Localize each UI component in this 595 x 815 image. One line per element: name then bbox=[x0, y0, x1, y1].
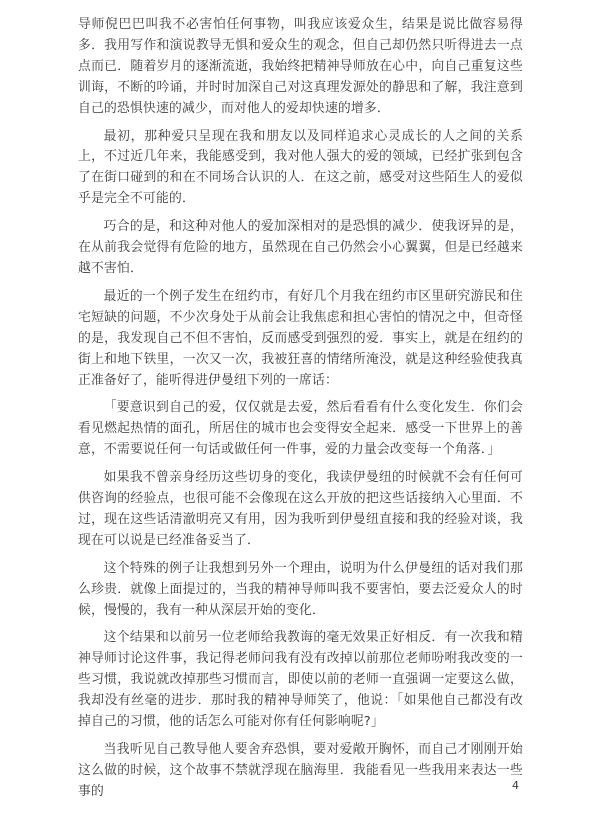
page-number: 4 bbox=[512, 779, 519, 792]
paragraph: 这个结果和以前另一位老师给我教诲的毫无效果正好相反．有一次我和精神导师讨论这件事… bbox=[78, 628, 523, 733]
paragraph: 最初，那种爱只呈现在我和朋友以及同样追求心灵成长的人之间的关系上，不过近几年来，… bbox=[78, 127, 523, 211]
paragraph: 巧合的是，和这种对他人的爱加深相对的是恐惧的减少．使我讶异的是，在从前我会觉得有… bbox=[78, 217, 523, 280]
paragraph: 最近的一个例子发生在纽约市，有好几个月我在纽约市区里研究游民和住宅短缺的问题，不… bbox=[78, 287, 523, 392]
paragraph: 如果我不曾亲身经历这些切身的变化，我读伊曼纽的时候就不会有任何可供咨询的经验点，… bbox=[78, 468, 523, 552]
quote-paragraph: 「要意识到自己的爱，仅仅就是去爱，然后看看有什么变化发生．你们会看见燃起热情的面… bbox=[78, 398, 523, 461]
document-page: 导师倪巴巴叫我不必害怕任何事物，叫我应该爱众生，结果是说比做容易得多．我用写作和… bbox=[0, 0, 595, 815]
paragraph: 这个特殊的例子让我想到另外一个理由，说明为什么伊曼纽的话对我们那么珍贵．就像上面… bbox=[78, 559, 523, 622]
paragraph: 导师倪巴巴叫我不必害怕任何事物，叫我应该爱众生，结果是说比做容易得多．我用写作和… bbox=[78, 15, 523, 120]
paragraph: 当我听见自己教导他人要舍弃恐惧，要对爱敞开胸怀，而自己才刚刚开始这么做的时候，这… bbox=[78, 740, 523, 803]
